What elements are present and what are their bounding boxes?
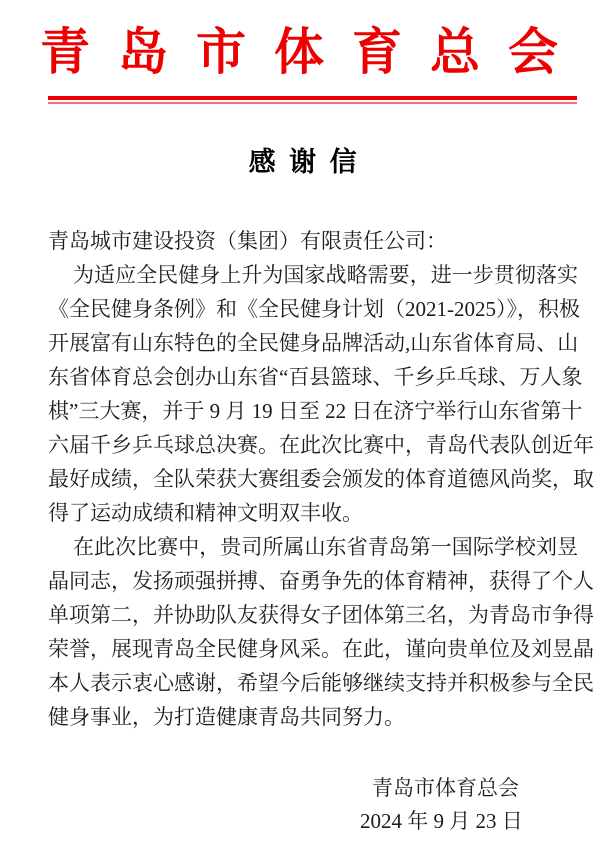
body-line: 晶同志，发扬顽强拼搏、奋勇争先的体育精神，获得了个人 bbox=[48, 564, 578, 598]
body-line: 六届千乡乒乓球总决赛。在此次比赛中，青岛代表队创近年 bbox=[48, 428, 578, 462]
body-line: 开展富有山东特色的全民健身品牌活动,山东省体育局、山 bbox=[48, 326, 578, 360]
body-line: 东省体育总会创办山东省“百县篮球、千乡乒乓球、万人象 bbox=[48, 360, 578, 394]
body-line: 单项第二，并协助队友获得女子团体第三名，为青岛市争得 bbox=[48, 598, 578, 632]
paragraph-end-line: 得了运动成绩和精神文明双丰收。 bbox=[48, 496, 578, 530]
body-line: 《全民健身条例》和《全民健身计划（2021-2025）》，积极 bbox=[48, 292, 578, 326]
letterhead-divider bbox=[48, 96, 577, 104]
salutation-line: 青岛城市建设投资（集团）有限责任公司： bbox=[48, 224, 578, 258]
body-line: 为适应全民健身上升为国家战略需要，进一步贯彻落实 bbox=[48, 258, 578, 292]
letter-body: 青岛城市建设投资（集团）有限责任公司： 为适应全民健身上升为国家战略需要，进一步… bbox=[48, 224, 578, 734]
body-line: 棋”三大赛，并于 9 月 19 日至 22 日在济宁举行山东省第十 bbox=[48, 394, 578, 428]
letter-title: 感谢信 bbox=[0, 140, 612, 179]
letterhead-divider-thin-line bbox=[48, 102, 577, 104]
body-line: 最好成绩，全队荣获大赛组委会颁发的体育道德风尚奖，取 bbox=[48, 462, 578, 496]
paragraph-end-line: 健身事业，为打造健康青岛共同努力。 bbox=[48, 700, 578, 734]
signature-org: 青岛市体育总会 bbox=[372, 776, 519, 800]
letterhead-divider-thick-line bbox=[48, 96, 577, 100]
body-line: 荣誉，展现青岛全民健身风采。在此，谨向贵单位及刘昱晶 bbox=[48, 632, 578, 666]
letterhead-org-title: 青岛市体育总会 bbox=[0, 12, 612, 84]
signature-date: 2024 年 9 月 23 日 bbox=[360, 809, 523, 833]
body-line: 本人表示衷心感谢，希望今后能够继续支持并积极参与全民 bbox=[48, 666, 578, 700]
letter-page: { "colors": { "accent_red": "#ed0000", "… bbox=[0, 0, 612, 845]
body-line: 在此次比赛中，贵司所属山东省青岛第一国际学校刘昱 bbox=[48, 530, 578, 564]
